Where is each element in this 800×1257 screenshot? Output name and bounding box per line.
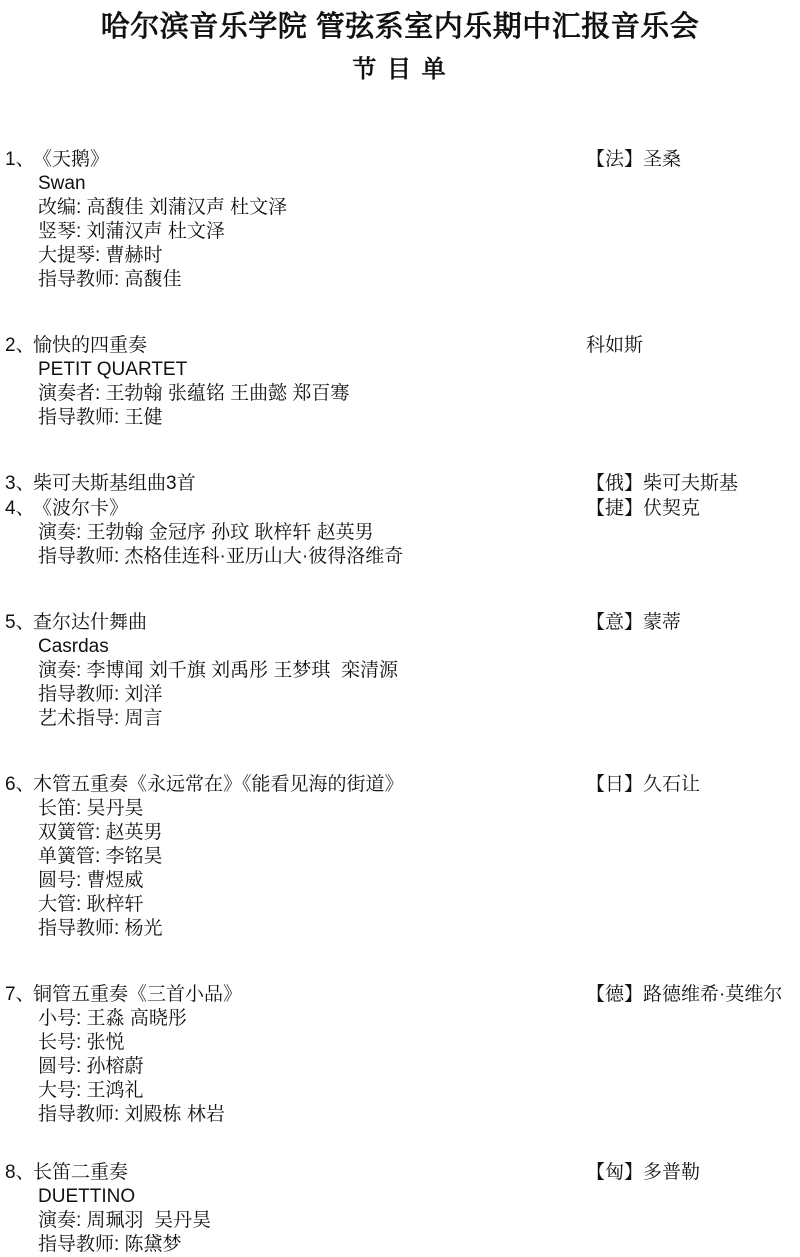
item-number: 8、: [0, 1161, 33, 1185]
program-item: 5、查尔达什舞曲【意】蒙蒂Casrdas演奏: 李博闻 刘千旗 刘禹彤 王梦琪 …: [0, 611, 800, 731]
item-title: 愉快的四重奏: [33, 335, 147, 356]
item-title-row: 5、查尔达什舞曲【意】蒙蒂: [0, 611, 800, 635]
item-title: 长笛二重奏: [33, 1162, 128, 1183]
item-composer: 【捷】伏契克: [586, 497, 700, 521]
item-detail-line: 大提琴: 曹赫时: [0, 244, 800, 268]
program-item: 1、《天鹅》【法】圣桑Swan改编: 高馥佳 刘蒲汉声 杜文泽竖琴: 刘蒲汉声 …: [0, 148, 800, 292]
program-item: 7、铜管五重奏《三首小品》【德】路德维希·莫维尔小号: 王淼 高晓彤长号: 张悦…: [0, 983, 800, 1127]
item-detail-line: 大号: 王鸿礼: [0, 1079, 800, 1103]
item-detail-line: 指导教师: 高馥佳: [0, 268, 800, 292]
item-detail-line: 演奏者: 王勃翰 张蕴铭 王曲懿 郑百骞: [0, 382, 800, 406]
item-detail-line: 演奏: 王勃翰 金冠序 孙玟 耿梓轩 赵英男: [0, 521, 800, 545]
item-detail-line: 艺术指导: 周言: [0, 707, 800, 731]
item-detail-line: 圆号: 孙榕蔚: [0, 1055, 800, 1079]
item-number: 2、: [0, 334, 33, 358]
item-title-row: 1、《天鹅》【法】圣桑: [0, 148, 800, 172]
item-detail-line: DUETTINO: [0, 1185, 800, 1209]
item-detail-line: 长号: 张悦: [0, 1031, 800, 1055]
item-detail-line: 小号: 王淼 高晓彤: [0, 1007, 800, 1031]
page-title: 哈尔滨音乐学院 管弦系室内乐期中汇报音乐会: [0, 0, 800, 44]
item-detail-line: 单簧管: 李铭昊: [0, 845, 800, 869]
item-detail-line: Swan: [0, 172, 800, 196]
item-detail-line: 改编: 高馥佳 刘蒲汉声 杜文泽: [0, 196, 800, 220]
item-detail-line: 指导教师: 陈黛梦: [0, 1233, 800, 1257]
item-detail-line: 指导教师: 王健: [0, 406, 800, 430]
item-number: 6、: [0, 773, 33, 797]
item-number: 7、: [0, 983, 33, 1007]
program-page: 哈尔滨音乐学院 管弦系室内乐期中汇报音乐会 节 目 单 1、《天鹅》【法】圣桑S…: [0, 0, 800, 1257]
item-composer: 科如斯: [586, 334, 643, 358]
item-detail-line: 双簧管: 赵英男: [0, 821, 800, 845]
item-detail-line: PETIT QUARTET: [0, 358, 800, 382]
item-composer: 【德】路德维希·莫维尔: [586, 983, 782, 1007]
item-number: 4、: [0, 497, 33, 521]
item-title-row: 7、铜管五重奏《三首小品》【德】路德维希·莫维尔: [0, 983, 800, 1007]
item-title: 柴可夫斯基组曲3首: [33, 473, 196, 494]
program-item: 2、愉快的四重奏科如斯PETIT QUARTET演奏者: 王勃翰 张蕴铭 王曲懿…: [0, 334, 800, 430]
item-title: 木管五重奏《永远常在》《能看见海的街道》: [33, 774, 404, 795]
item-composer: 【日】久石让: [586, 773, 700, 797]
item-detail-line: 圆号: 曹煜威: [0, 869, 800, 893]
item-composer: 【俄】柴可夫斯基: [586, 472, 738, 496]
program-item: 3、柴可夫斯基组曲3首【俄】柴可夫斯基: [0, 472, 800, 496]
item-title-row: 4、《波尔卡》【捷】伏契克: [0, 497, 800, 521]
item-detail-line: 演奏: 周珮羽 吴丹昊: [0, 1209, 800, 1233]
item-number: 5、: [0, 611, 33, 635]
item-title-row: 3、柴可夫斯基组曲3首【俄】柴可夫斯基: [0, 472, 800, 496]
item-title-row: 8、长笛二重奏【匈】多普勒: [0, 1161, 800, 1185]
program-item: 6、木管五重奏《永远常在》《能看见海的街道》【日】久石让长笛: 吴丹昊双簧管: …: [0, 773, 800, 941]
program-item: 4、《波尔卡》【捷】伏契克演奏: 王勃翰 金冠序 孙玟 耿梓轩 赵英男指导教师:…: [0, 497, 800, 569]
item-detail-line: 指导教师: 刘洋: [0, 683, 800, 707]
item-title-row: 6、木管五重奏《永远常在》《能看见海的街道》【日】久石让: [0, 773, 800, 797]
item-composer: 【意】蒙蒂: [586, 611, 681, 635]
item-detail-line: 竖琴: 刘蒲汉声 杜文泽: [0, 220, 800, 244]
item-title: 铜管五重奏《三首小品》: [33, 984, 242, 1005]
program-item: 8、长笛二重奏【匈】多普勒DUETTINO演奏: 周珮羽 吴丹昊指导教师: 陈黛…: [0, 1161, 800, 1257]
item-title-row: 2、愉快的四重奏科如斯: [0, 334, 800, 358]
page-subtitle: 节 目 单: [0, 44, 800, 84]
item-detail-line: 指导教师: 刘殿栋 林岩: [0, 1103, 800, 1127]
item-title: 查尔达什舞曲: [33, 612, 147, 633]
item-composer: 【匈】多普勒: [586, 1161, 700, 1185]
program-list: 1、《天鹅》【法】圣桑Swan改编: 高馥佳 刘蒲汉声 杜文泽竖琴: 刘蒲汉声 …: [0, 148, 800, 1257]
item-title: 《天鹅》: [33, 149, 109, 170]
item-detail-line: 演奏: 李博闻 刘千旗 刘禹彤 王梦琪 栾清源: [0, 659, 800, 683]
item-detail-line: 指导教师: 杨光: [0, 917, 800, 941]
item-detail-line: Casrdas: [0, 635, 800, 659]
item-number: 3、: [0, 472, 33, 496]
item-title: 《波尔卡》: [33, 498, 128, 519]
item-detail-line: 长笛: 吴丹昊: [0, 797, 800, 821]
item-detail-line: 大管: 耿梓轩: [0, 893, 800, 917]
item-number: 1、: [0, 148, 33, 172]
item-detail-line: 指导教师: 杰格佳连科·亚历山大·彼得洛维奇: [0, 545, 800, 569]
item-composer: 【法】圣桑: [586, 148, 681, 172]
